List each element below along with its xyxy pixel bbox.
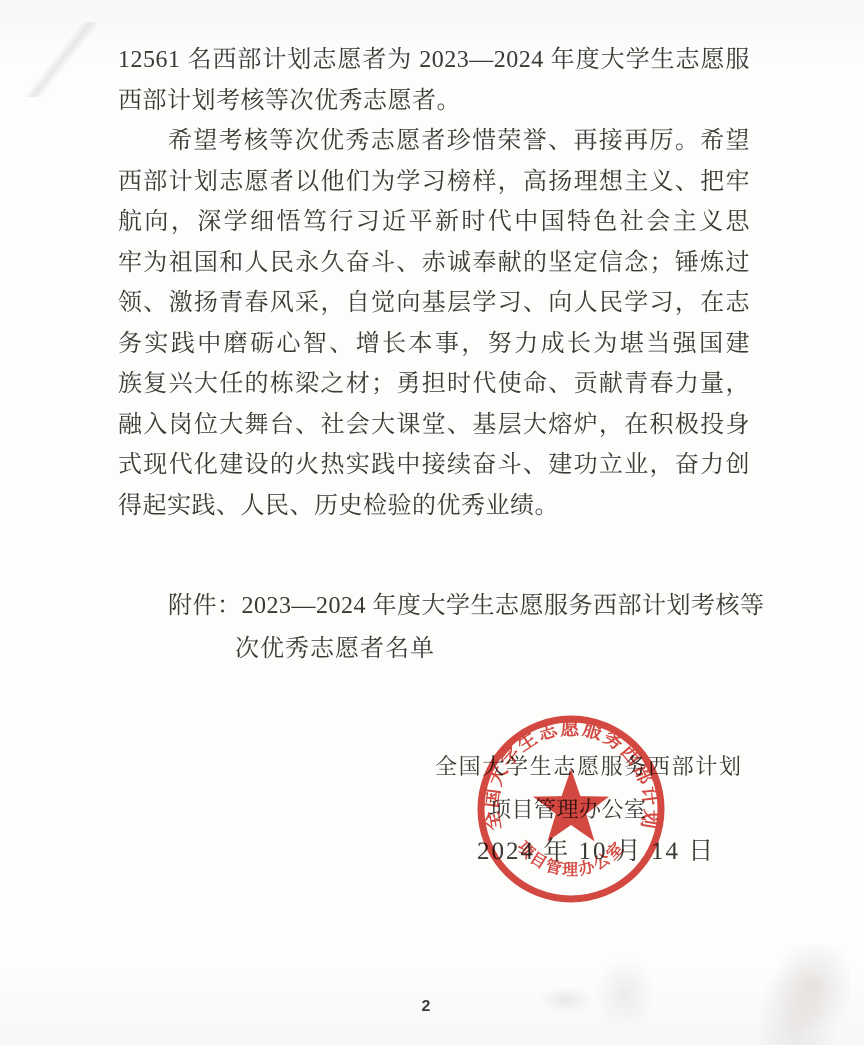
body-line: 融入岗位大舞台、社会大课堂、基层大熔炉，在积极投身中国 bbox=[118, 405, 750, 446]
star-icon bbox=[533, 769, 609, 841]
body-line: 务实践中磨砺心智、增长本事，努力成长为堪当强国建设、民 bbox=[118, 324, 750, 365]
attachment-line: 附件：2023—2024 年度大学生志愿服务西部计划考核等 bbox=[168, 585, 765, 628]
body-line: 西部计划志愿者以他们为学习榜样，高扬理想主义、把牢青春 bbox=[118, 162, 750, 203]
body-line: 式现代化建设的火热实践中接续奋斗、建功立业，奋力创造经 bbox=[118, 445, 750, 486]
body-line: 族复兴大任的栋梁之材；勇担时代使命、贡献青春力量，积极 bbox=[118, 364, 750, 405]
document-body: 12561 名西部计划志愿者为 2023—2024 年度大学生志愿服务 西部计划… bbox=[118, 40, 750, 526]
document-page: 12561 名西部计划志愿者为 2023—2024 年度大学生志愿服务 西部计划… bbox=[0, 0, 864, 1045]
scan-artifact bbox=[760, 945, 850, 1045]
body-line: 得起实践、人民、历史检验的优秀业绩。 bbox=[118, 486, 750, 527]
official-seal: 全国大学生志愿服务西部计划 项目管理办公室 bbox=[470, 708, 672, 910]
body-line: 希望考核等次优秀志愿者珍惜荣誉、再接再厉。希望广大 bbox=[118, 121, 750, 162]
page-number: 2 bbox=[414, 998, 438, 1016]
body-line: 西部计划考核等次优秀志愿者。 bbox=[118, 81, 750, 122]
attachment-line: 次优秀志愿者名单 bbox=[168, 628, 765, 671]
body-line: 牢为祖国和人民永久奋斗、赤诚奉献的坚定信念；锤炼过硬本 bbox=[118, 243, 750, 284]
scan-artifact bbox=[12, 22, 112, 97]
body-line: 12561 名西部计划志愿者为 2023—2024 年度大学生志愿服务 bbox=[118, 40, 750, 81]
scan-artifact bbox=[536, 985, 596, 1015]
body-line: 航向，深学细悟笃行习近平新时代中国特色社会主义思想，树 bbox=[118, 202, 750, 243]
body-line: 领、激扬青春风采，自觉向基层学习、向人民学习，在志愿服 bbox=[118, 283, 750, 324]
attachment-note: 附件：2023—2024 年度大学生志愿服务西部计划考核等 次优秀志愿者名单 bbox=[168, 585, 765, 671]
seal-bottom-arc-text: 项目管理办公室 bbox=[514, 837, 629, 879]
scan-artifact bbox=[590, 950, 660, 1035]
